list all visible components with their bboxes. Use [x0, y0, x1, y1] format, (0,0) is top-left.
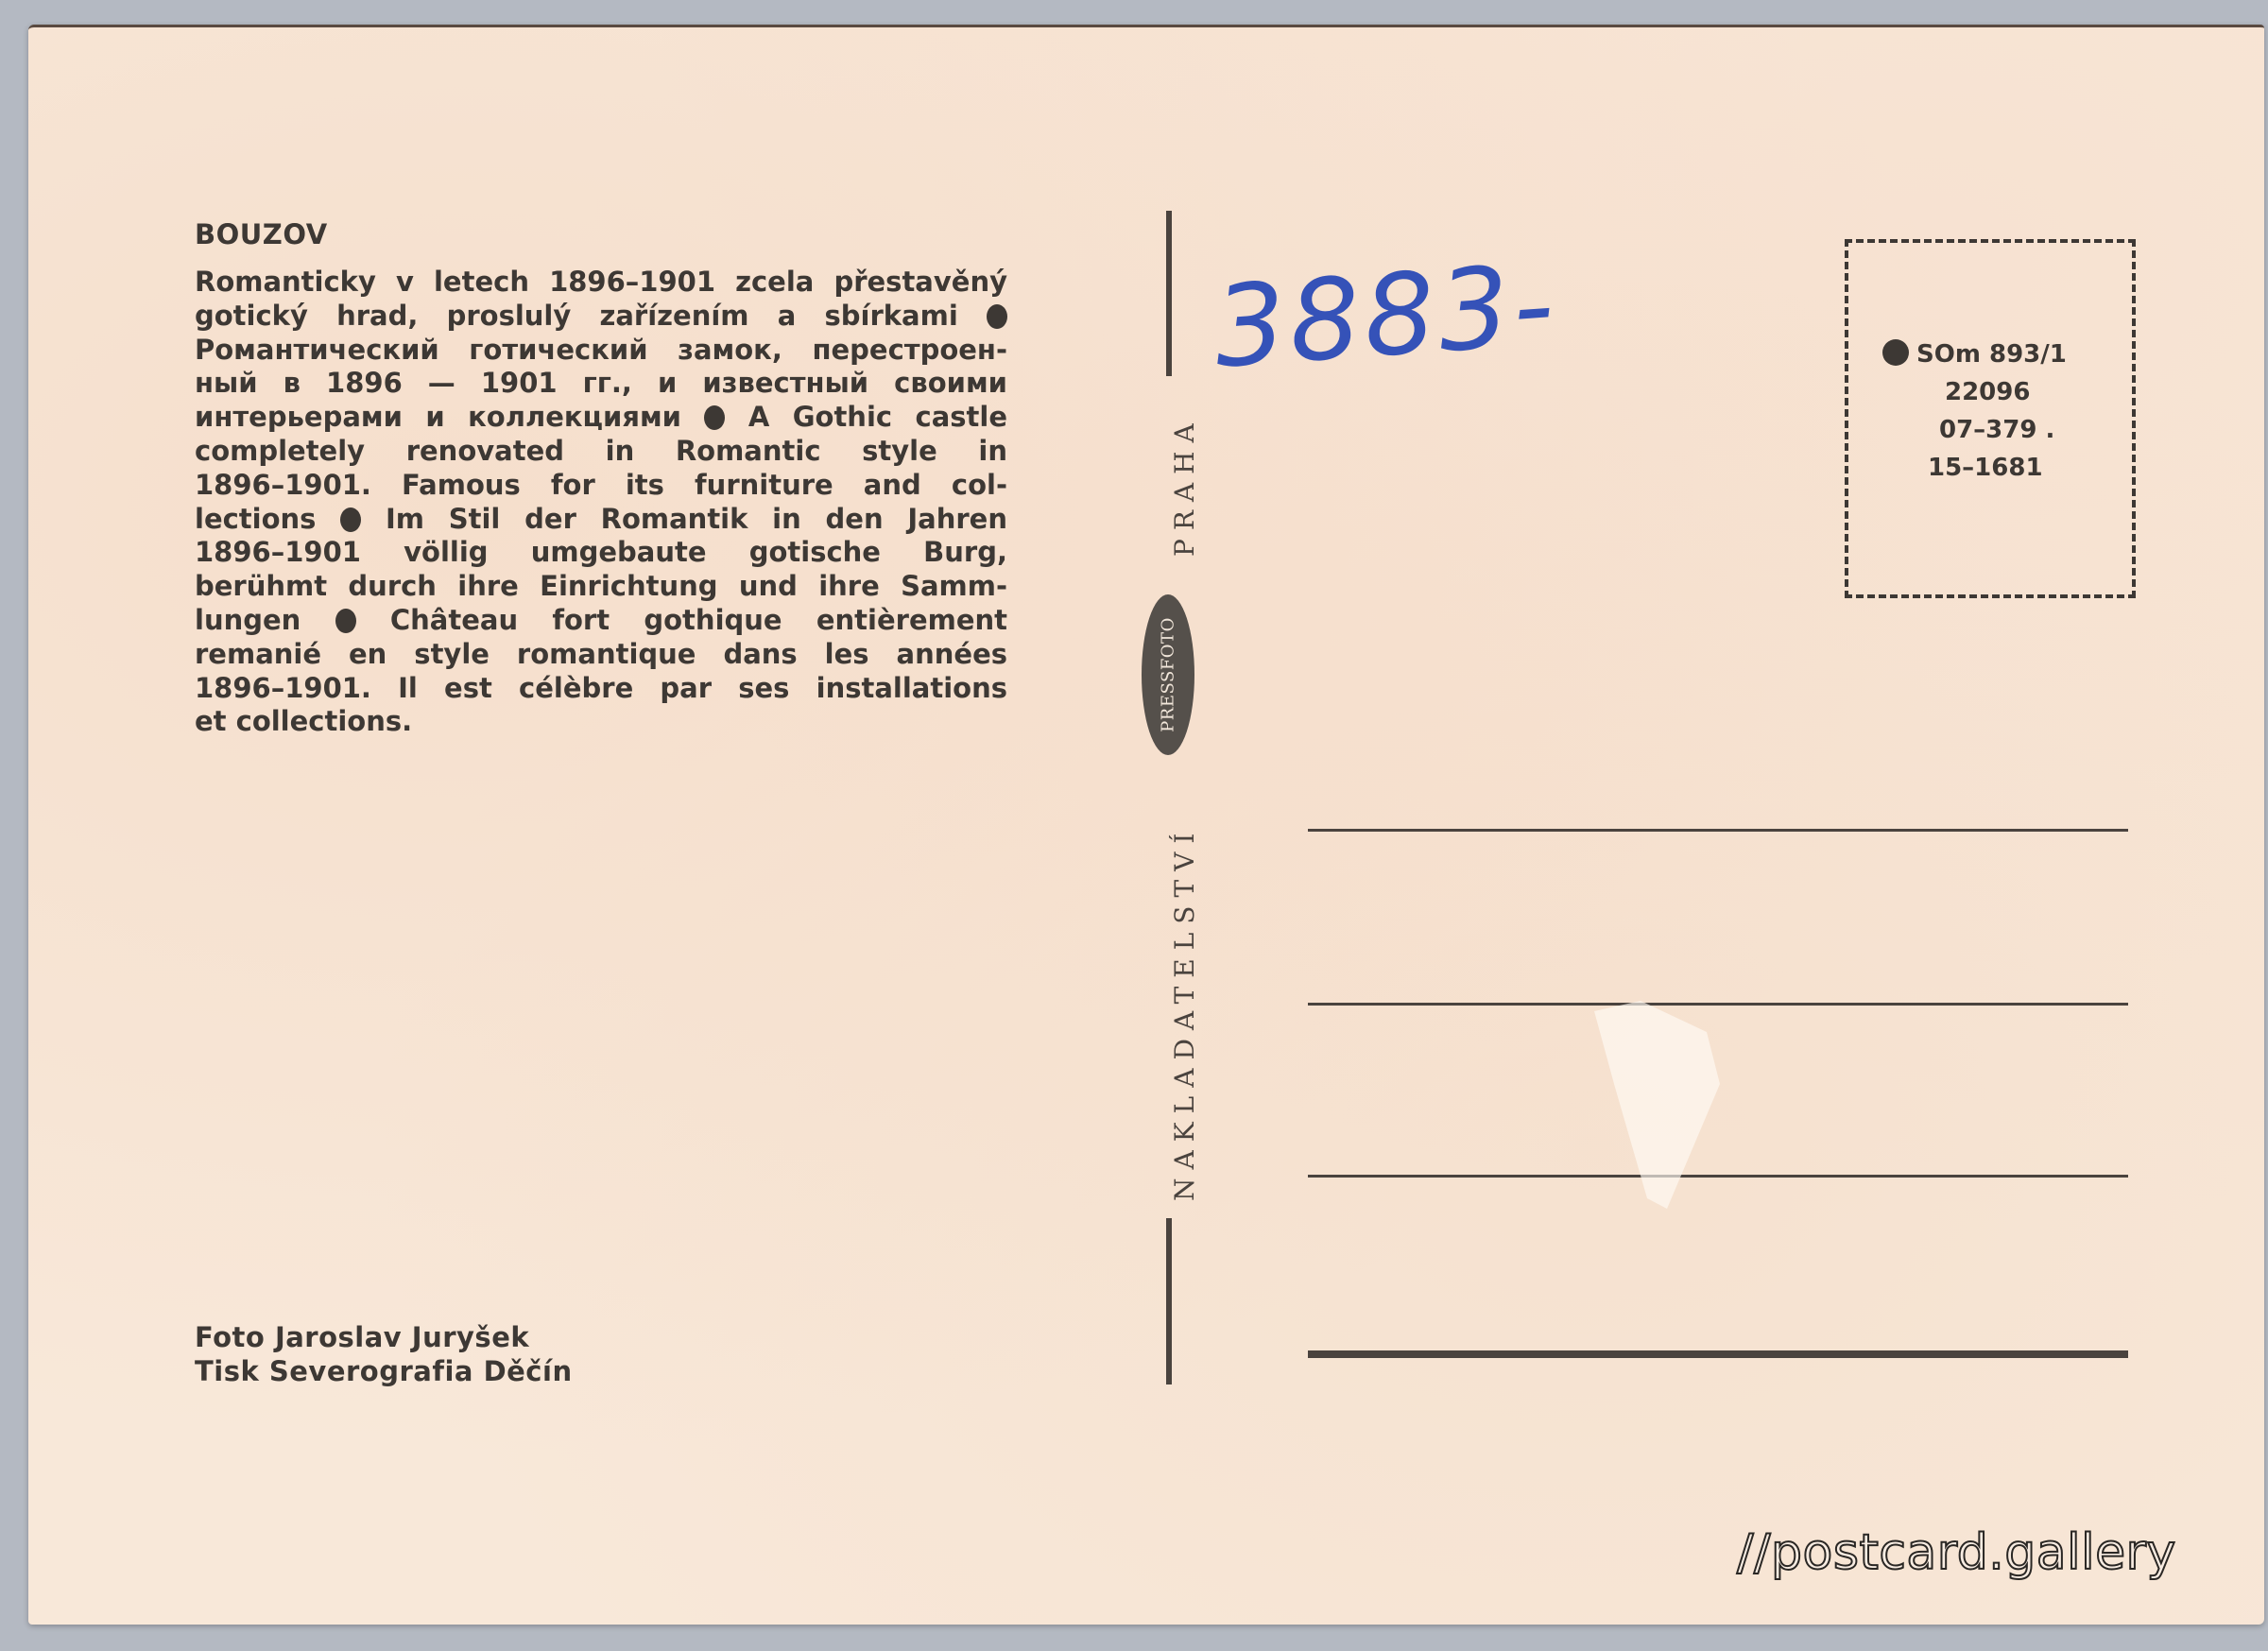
- bullet-dot-icon: [987, 304, 1007, 329]
- description-line: Романтический готический замок, перестро…: [195, 334, 1007, 368]
- description-line: Romanticky v letech 1896–1901 zcela přes…: [195, 266, 1007, 300]
- stamp-code-2: 22096: [1882, 373, 2067, 411]
- publisher-name: NAKLADATELSTVÍ: [1169, 825, 1200, 1201]
- address-line-2: [1308, 1003, 2128, 1006]
- address-line-3: [1308, 1175, 2128, 1178]
- postcard-description: Romanticky v letech 1896–1901 zcela přes…: [195, 266, 1007, 739]
- description-line: интерьерами и коллекциями A Gothic castl…: [195, 401, 1007, 435]
- publisher-city: PRAHA: [1169, 415, 1200, 557]
- address-line-4: [1308, 1350, 2128, 1358]
- handwritten-number: 3883-: [1211, 239, 1562, 393]
- stamp-box: SOm 893/1 22096 07–379 . 15–1681: [1845, 239, 2136, 598]
- stamp-code-1: SOm 893/1: [1916, 340, 2067, 369]
- description-line: lungen Château fort gothique entièrement: [195, 604, 1007, 638]
- description-line: remanié en style romantique dans les ann…: [195, 638, 1007, 672]
- bullet-dot-icon: [335, 609, 356, 633]
- pressfoto-logo: PRESSFOTO: [1142, 594, 1194, 755]
- photo-credit: Foto Jaroslav Juryšek: [195, 1320, 573, 1354]
- description-line: berühmt durch ihre Einrichtung und ihre …: [195, 570, 1007, 604]
- stamp-box-codes: SOm 893/1 22096 07–379 . 15–1681: [1882, 335, 2067, 487]
- paper-scuff: [1588, 1001, 1720, 1209]
- watermark: //postcard.gallery: [1737, 1524, 2176, 1581]
- stamp-code-4: 15–1681: [1882, 449, 2067, 487]
- postcard-title: BOUZOV: [195, 218, 328, 250]
- description-line: et collections.: [195, 705, 1007, 739]
- bullet-dot-icon: [340, 507, 361, 532]
- description-line: lections Im Stil der Romantik in den Jah…: [195, 503, 1007, 537]
- bullet-dot-icon: [1882, 339, 1909, 366]
- description-line: completely renovated in Romantic style i…: [195, 435, 1007, 469]
- divider-line-bottom: [1166, 1218, 1172, 1384]
- description-line: gotický hrad, proslulý zařízením a sbírk…: [195, 300, 1007, 334]
- address-line-1: [1308, 829, 2128, 832]
- divider-line-top: [1166, 211, 1172, 376]
- postcard-back: BOUZOV Romanticky v letech 1896–1901 zce…: [28, 25, 2264, 1625]
- postcard-credits: Foto Jaroslav Juryšek Tisk Severografia …: [195, 1320, 573, 1388]
- description-line: 1896–1901. Famous for its furniture and …: [195, 469, 1007, 503]
- stamp-code-3: 07–379 .: [1882, 411, 2067, 449]
- description-line: ный в 1896 — 1901 гг., и известный своим…: [195, 367, 1007, 401]
- print-credit: Tisk Severografia Děčín: [195, 1354, 573, 1388]
- bullet-dot-icon: [704, 405, 725, 430]
- description-line: 1896–1901. Il est célèbre par ses instal…: [195, 672, 1007, 706]
- pressfoto-logo-text: PRESSFOTO: [1159, 617, 1178, 732]
- description-line: 1896–1901 völlig umgebaute gotische Burg…: [195, 536, 1007, 570]
